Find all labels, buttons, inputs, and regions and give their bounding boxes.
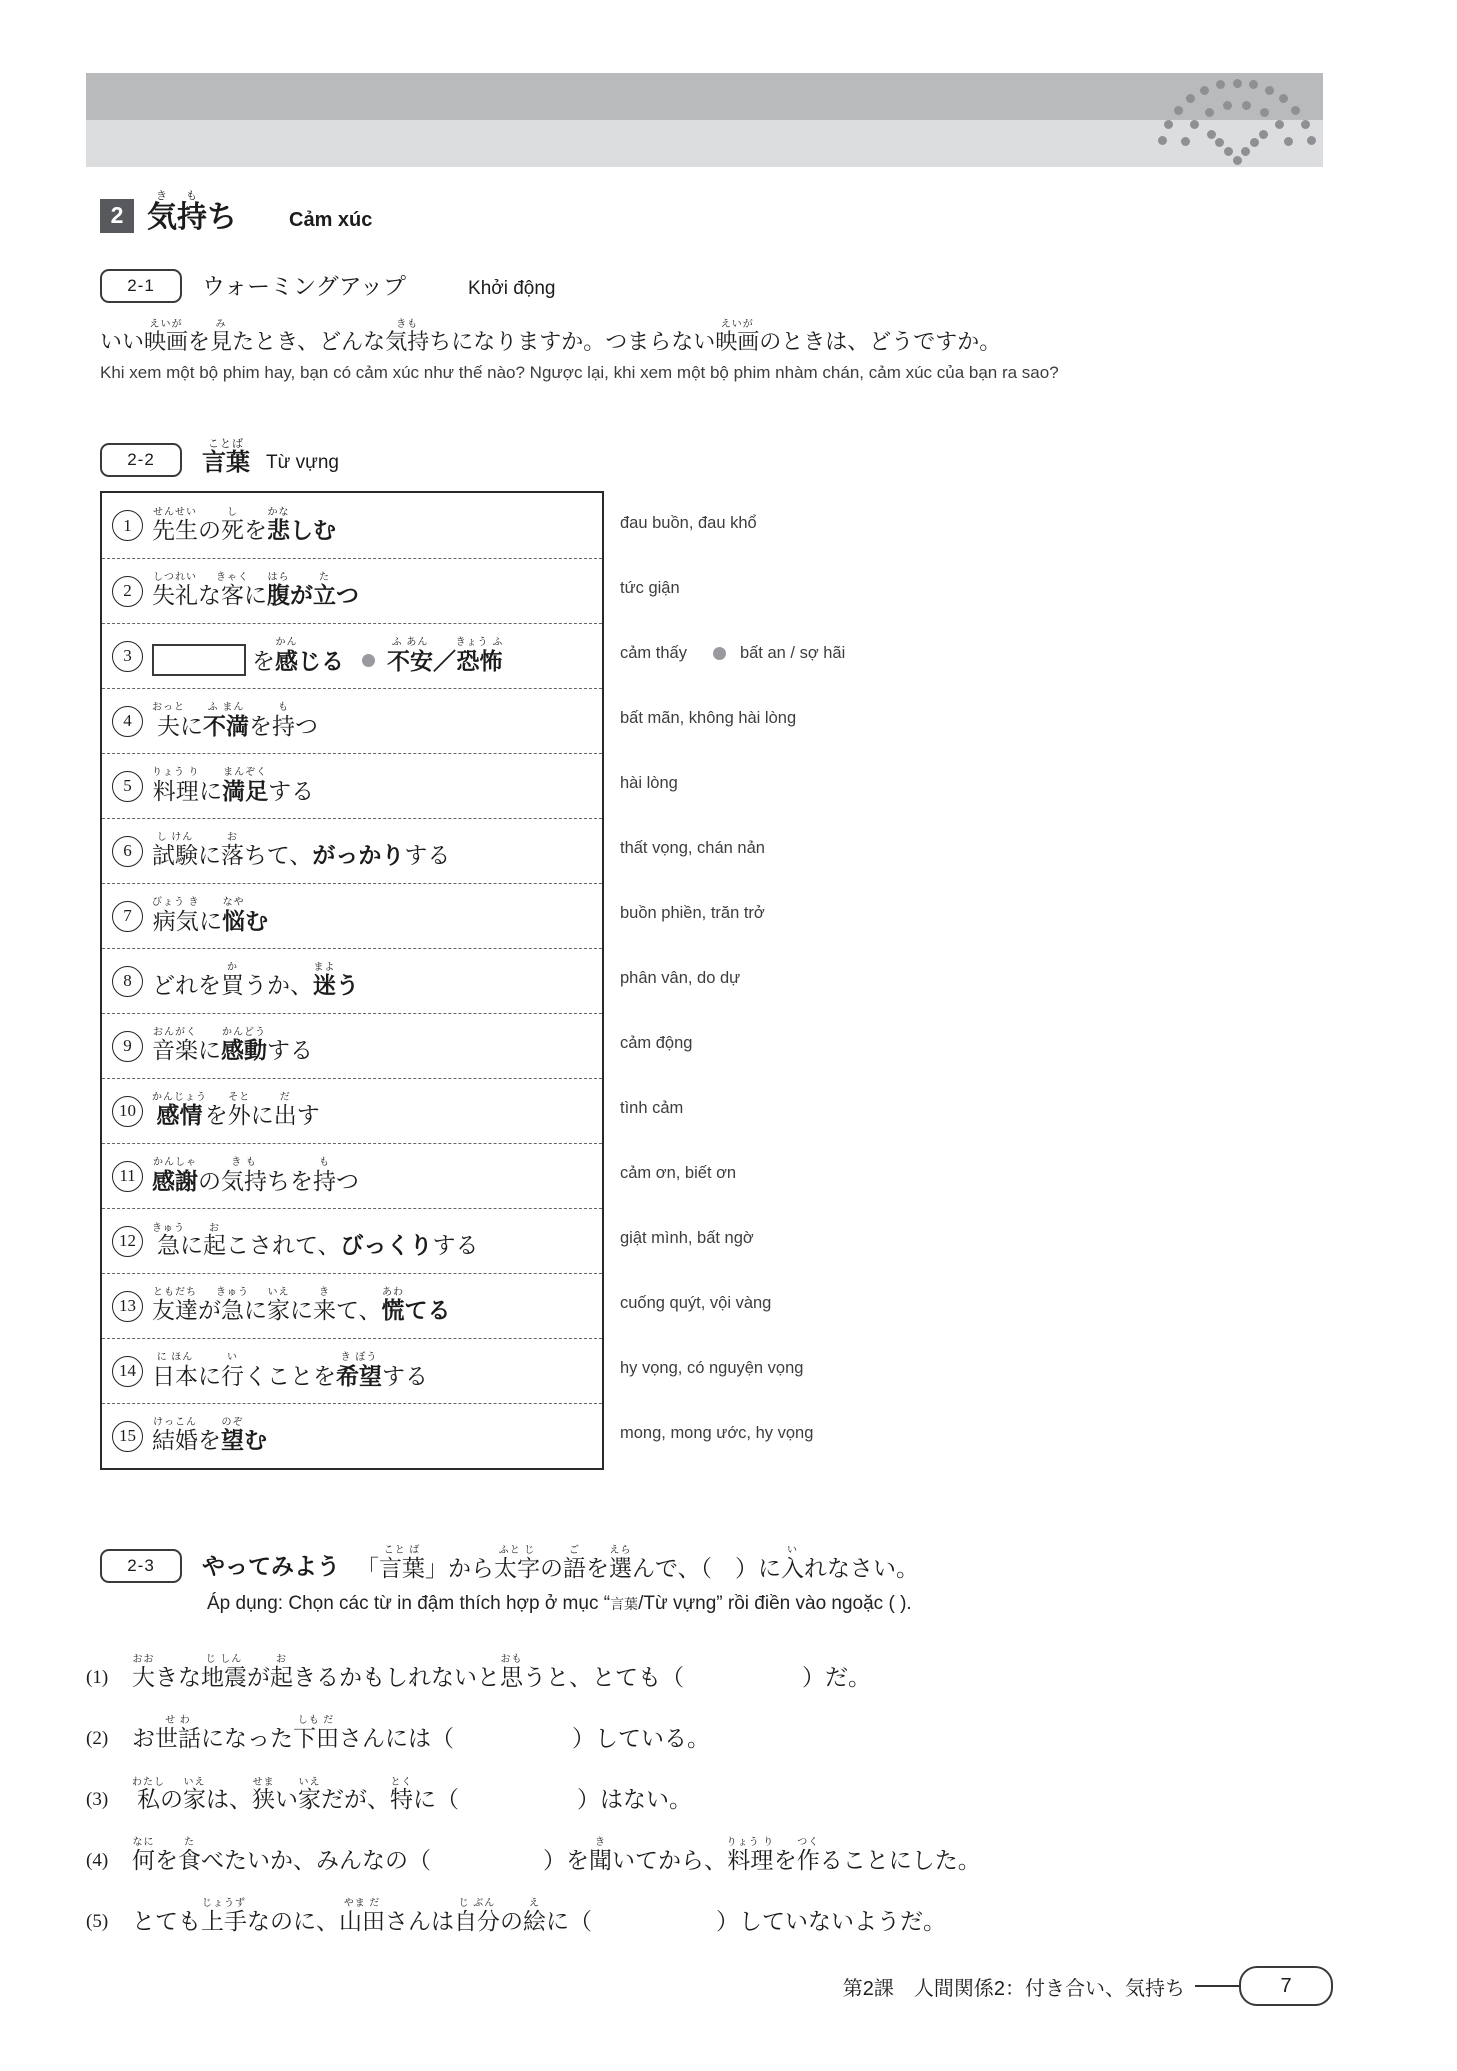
text-segment: が [247,1665,270,1690]
text-segment: に [180,714,203,739]
fan-dot-icon [1275,120,1284,129]
fan-dot-icon [1186,94,1195,103]
header-band [86,73,1323,167]
text-segment: を [252,649,275,674]
footer-chapter-text: 第2課 人間関係2：付き合い、気持ち [843,1972,1185,2001]
ruby-text: 絵え [523,1909,546,1934]
footer-connector-line [1195,1985,1239,1987]
fan-dot-icon [1233,79,1242,88]
fan-dot-icon [1249,80,1258,89]
text-segment: に [290,1298,313,1323]
practice-heading: 2-3 やってみよう 「言葉こと ば」から太字ふと じの語ごを選えらんで、（ ）… [100,1545,1430,1583]
fan-dot-icon [1307,136,1316,145]
question-row: (2)お世話せ わになった下田しも ださんには（）している。 [86,1692,1430,1753]
text-segment: する [433,1233,479,1258]
warmup-title: ウォーミングアップ [202,268,406,301]
text-segment: ）だ。 [802,1665,871,1690]
fan-dot-icon [1216,80,1225,89]
text-segment: の [198,1169,221,1194]
ruby-text: 落お [221,843,244,868]
vocab-row-text: 夫おっとに不満ふ まんを持もつ [152,702,318,741]
text-segment: む [244,1427,267,1453]
ruby-text: 感謝かんしゃ [152,1168,198,1194]
ruby-text: 不満ふ まん [203,713,249,739]
vocab-row: 15結婚けっこんを望のぞむ [102,1403,602,1468]
ruby-text: 下田しも だ [293,1726,339,1751]
ruby-text: 大おお [132,1665,155,1690]
fan-dot-icon [1158,136,1167,145]
vocab-row: 1先生せんせいの死しを悲かなしむ [102,493,602,558]
translation-text: giật mình, bất ngờ [620,1229,754,1248]
vocab-row: 6試験し けんに落おちて、がっかりする [102,818,602,883]
ruby-text: 悩なや [222,908,245,934]
ruby-text: 選えら [609,1556,632,1581]
ruby-text: 感情かんじょう [152,1102,205,1128]
vocabulary-title-vietnamese: Từ vựng [266,452,339,474]
vocab-row-text: 感情かんじょうを外そとに出だす [152,1092,320,1130]
vocab-row-text: 感謝かんしゃの気持き もちを持もつ [152,1157,359,1196]
question-text: とても上手じょうずなのに、山田やま ださんは自分じ ぶんの絵えに（）していないよ… [132,1898,946,1936]
vocab-row-translation: cảm ơn, biết ơn [620,1141,1180,1206]
ruby-text: 起お [203,1233,226,1258]
text-segment: たとき、どんな [232,329,385,354]
translation-text: thất vọng, chán nản [620,839,765,858]
text-segment: /Từ vựng” rồi điền vào ngoặc ( ). [638,1593,912,1614]
ruby-text: 急きゅう [221,1298,244,1323]
vocab-row-number: 15 [112,1421,143,1452]
fan-dot-icon [1265,86,1274,95]
warmup-japanese-paragraph: いい映画えいがを見みたとき、どんな気持きもちになりますか。つまらない映画えいがの… [100,319,1380,359]
vocab-row-translation: phân vân, do dự [620,946,1180,1011]
dots-fan-decoration-icon [86,73,1323,167]
ruby-text: 持も [177,201,207,234]
text-segment: を [586,1556,609,1581]
question-number: (4) [86,1850,132,1875]
text-segment: を [188,329,210,354]
vocab-row-number: 4 [112,706,143,737]
text-segment: つ [336,582,359,608]
vocab-row-number: 14 [112,1356,143,1387]
text-segment: きるかもしれないと [293,1665,500,1690]
practice-instruction: 「言葉こと ば」から太字ふと じの語ごを選えらんで、（ ）に入いれなさい。 [356,1545,919,1583]
text-segment: は、 [206,1787,252,1812]
vocab-row-translation: cảm thấybất an / sợ hãi [620,621,1180,686]
ruby-text: 外そと [228,1103,251,1128]
question-number: (1) [86,1667,132,1692]
vocab-row-number: 13 [112,1291,143,1322]
fan-dot-icon [1224,147,1233,156]
text-segment: ることにした。 [820,1848,981,1873]
vocab-row: 13友達ともだちが急きゅうに家いえに来きて、慌あわてる [102,1273,602,1338]
ruby-text: 自分じ ぶん [454,1909,500,1934]
question-row: (3)私わたしの家いえは、狭せまい家いえだが、特とくに（）はない。 [86,1753,1430,1814]
text-segment: を [244,518,267,543]
fan-dot-icon [1190,120,1199,129]
textbook-page: 2 気き持もち Cảm xúc 2-1 ウォーミングアップ Khởi động … [0,0,1457,2071]
text-segment: Áp dụng: Chọn các từ in đậm thích hợp ở … [207,1593,610,1614]
text-segment: しむ [290,517,336,543]
ruby-text: 言葉こと ば [379,1556,425,1581]
practice-tab-pill: 2-3 [100,1549,182,1583]
text-segment: む [245,908,268,934]
text-segment: ／ [433,648,456,674]
ruby-text: 特とく [390,1787,413,1812]
ruby-text: 語ご [563,1556,586,1581]
vocab-row-text: 病気びょう きに悩なやむ [152,897,268,936]
section-title-vietnamese: Cảm xúc [289,209,372,232]
vocab-row-number: 7 [112,901,143,932]
vocab-row-text: 試験し けんに落おちて、がっかりする [152,832,450,870]
text-segment: う [336,972,359,998]
fan-dot-icon [1174,106,1183,115]
ruby-text: 出だ [274,1103,297,1128]
translation-text: cảm thấy [620,644,687,663]
text-segment: する [382,1364,428,1389]
text-segment: ）している。 [572,1726,710,1751]
section-header: 2 気き持もち Cảm xúc [100,190,372,236]
fan-dot-icon [1259,130,1268,139]
warmup-tab-pill: 2-1 [100,269,182,303]
vocab-row-translation: thất vọng, chán nản [620,816,1180,881]
ruby-text: 来き [313,1298,336,1323]
fan-dot-icon [1205,108,1214,117]
vocab-row: 7病気びょう きに悩なやむ [102,883,602,948]
text-segment: いてから、 [612,1848,727,1873]
text-segment: じる [298,648,344,674]
translation-text: tức giận [620,579,680,598]
fan-dot-icon [1223,101,1232,110]
ruby-text: 家いえ [183,1787,206,1812]
vocab-row-number: 9 [112,1031,143,1062]
vocab-row-translation: tình cảm [620,1076,1180,1141]
vocabulary-table-wrap: 1先生せんせいの死しを悲かなしむ2失礼しつれいな客きゃくに腹はらが立たつ3を感か… [100,491,1420,1470]
translation-text: cảm động [620,1034,692,1053]
fan-dot-icon [1301,120,1310,129]
text-segment: がっかり [312,842,404,868]
vocab-row-text: 料理りょう りに満足まんぞくする [152,767,314,806]
ruby-text: 持も [313,1169,336,1194]
text-segment: れなさい。 [804,1556,919,1581]
vocab-row-text: 結婚けっこんを望のぞむ [152,1417,267,1455]
ruby-text: 希望き ぼう [336,1363,382,1389]
ruby-text: 試験し けん [152,843,198,868]
ruby-text: 何なに [132,1848,155,1873]
vocab-row-translation: hy vọng, có nguyện vọng [620,1336,1180,1401]
bullet-dot-icon [362,654,375,667]
text-segment: の [500,1909,523,1934]
text-segment: に [244,1298,267,1323]
vocab-row-number: 8 [112,966,143,997]
ruby-text: 見み [210,329,232,354]
translation-text: đau buồn, đau khổ [620,514,757,533]
text-segment: に [198,1038,221,1063]
ruby-text: 言葉ことば [202,449,250,476]
vocab-row: 11感謝かんしゃの気持き もちを持もつ [102,1143,602,1208]
vocab-row-text: 音楽おんがくに感動かんどうする [152,1027,313,1065]
ruby-text: 入い [781,1556,804,1581]
ruby-text: 狭せま [252,1787,275,1812]
vocab-row-translation: buồn phiền, trăn trở [620,881,1180,946]
text-segment: ちになりますか。つまらない [429,329,715,354]
ruby-text: 急きゅう [152,1233,180,1258]
blank-box [152,644,246,676]
vocab-row: 4夫おっとに不満ふ まんを持もつ [102,688,602,753]
text-segment: ちて、 [244,843,312,868]
fan-dot-icon [1164,120,1173,129]
translation-text: buồn phiền, trăn trở [620,904,765,923]
ruby-text: 料理りょう り [152,779,199,804]
text-segment: とても [132,1909,201,1934]
text-segment: つ [336,1169,359,1194]
text-segment: のときは、どうですか。 [759,329,1001,354]
translation-text: cảm ơn, biết ơn [620,1164,736,1183]
ruby-text: 慌あわ [382,1297,405,1323]
vocab-row-text: どれを買かうか、迷まよう [152,962,359,1000]
ruby-text: 気持き も [221,1169,267,1194]
text-segment: に（ [413,1787,459,1812]
text-segment: ）していないようだ。 [716,1909,946,1934]
ruby-text: 日本に ほん [152,1364,198,1389]
question-text: 何なにを食たべたいか、みんなの（）を聞きいてから、料理りょう りを作つくることに… [132,1837,981,1875]
fan-dot-icon [1260,108,1269,117]
vocab-row-text: を感かんじる不安ふ あん／恐怖きょう ふ [152,637,503,676]
question-number: (5) [86,1911,132,1936]
text-segment: を [205,1103,228,1128]
ruby-text: 思おも [500,1665,523,1690]
ruby-text: 気持きも [385,329,429,354]
warmup-section: 2-1 ウォーミングアップ Khởi động いい映画えいがを見みたとき、どん… [100,268,1380,383]
ruby-text: 起お [270,1665,293,1690]
ruby-text: 料理りょう り [727,1848,774,1873]
vocab-row-number: 1 [112,510,143,541]
text-segment: の [160,1787,183,1812]
ruby-text: 音楽おんがく [152,1038,198,1063]
text-segment: どれを [152,973,221,998]
fan-dot-icon [1215,138,1224,147]
question-row: (1)大おおきな地震じ しんが起おきるかもしれないと思おもうと、とても（）だ。 [86,1631,1430,1692]
vocab-row-translation: đau buồn, đau khổ [620,491,1180,556]
question-number: (3) [86,1789,132,1814]
translation-text: hy vọng, có nguyện vọng [620,1359,803,1378]
vocab-row-text: 日本に ほんに行いくことを希望き ぼうする [152,1352,428,1391]
text-segment: こされて、 [226,1233,341,1258]
question-text: お世話せ わになった下田しも ださんには（）している。 [132,1715,710,1753]
text-segment: うと、とても（ [523,1665,684,1690]
ruby-text: 家いえ [298,1787,321,1812]
translation-text: cuống quýt, vội vàng [620,1294,771,1313]
ruby-text: 地震じ しん [201,1665,247,1690]
vocab-row-number: 10 [112,1096,143,1127]
translation-text: mong, mong ước, hy vọng [620,1424,813,1443]
text-segment: に [244,583,267,608]
question-number: (2) [86,1728,132,1753]
ruby-text: 死し [221,518,244,543]
ruby-text: 満足まんぞく [222,778,268,804]
ruby-text: 買か [221,973,244,998]
ruby-text: 病気びょう き [152,909,199,934]
vocab-row: 3を感かんじる不安ふ あん／恐怖きょう ふ [102,623,602,688]
vocab-row-translation: cuống quýt, vội vàng [620,1271,1180,1336]
text-segment: の [198,518,221,543]
warmup-heading: 2-1 ウォーミングアップ Khởi động [100,268,1380,303]
ruby-text: 山田やま だ [339,1909,385,1934]
vocab-row-translation: mong, mong ước, hy vọng [620,1401,1180,1466]
ruby-text: 客きゃく [221,583,244,608]
ruby-text: 不安ふ あん [387,648,433,674]
ruby-text: 太字ふと じ [494,1556,540,1581]
practice-section: 2-3 やってみよう 「言葉こと ば」から太字ふと じの語ごを選えらんで、（ ）… [100,1545,1430,1936]
section-title: 気き持もち [147,190,237,236]
text-segment: さんは [385,1909,454,1934]
vocabulary-section: 2-2 言葉ことば Từ vựng 1先生せんせいの死しを悲かなしむ2失礼しつれ… [100,438,1420,1470]
ruby-text: 結婚けっこん [152,1428,198,1453]
ruby-text: 感動かんどう [221,1037,267,1063]
fan-dot-icon [1250,138,1259,147]
vocab-row-translation: giật mình, bất ngờ [620,1206,1180,1271]
text-segment: に [199,779,222,804]
vocab-row: 12急きゅうに起おこされて、びっくりする [102,1208,602,1273]
page-number-box: 7 [1239,1966,1333,2006]
bullet-dot-icon [713,647,726,660]
text-segment: に（ [546,1909,592,1934]
translation-text: phân vân, do dự [620,969,740,988]
vocab-row: 8どれを買かうか、迷まよう [102,948,602,1013]
page-footer: 第2課 人間関係2：付き合い、気持ち 7 [843,1966,1333,2006]
text-segment: くことを [244,1364,336,1389]
vocab-row-number: 5 [112,771,143,802]
text-segment: びっくり [341,1232,433,1258]
ruby-text: 持も [272,714,295,739]
text-segment: ）を [543,1848,589,1873]
vocab-row-translation: cảm động [620,1011,1180,1076]
ruby-text: 聞き [589,1848,612,1873]
fan-dot-icon [1207,130,1216,139]
warmup-title-vietnamese: Khởi động [468,278,555,300]
text-segment: する [268,779,314,804]
fan-dot-icon [1279,94,1288,103]
text-segment: 「 [356,1556,379,1581]
text-segment: ）はない。 [577,1787,692,1812]
fan-dot-icon [1181,137,1190,146]
ruby-text: 気き [147,201,177,234]
fan-dot-icon [1200,86,1209,95]
vocab-row-number: 6 [112,836,143,867]
ruby-text: 迷まよ [313,972,336,998]
text-segment: なのに、 [247,1909,339,1934]
text-segment: て、 [336,1298,382,1323]
fan-dot-icon [1291,106,1300,115]
vocabulary-translations-column: đau buồn, đau khổtức giậncảm thấybất an … [620,491,1180,1466]
vocab-row: 10感情かんじょうを外そとに出だす [102,1078,602,1143]
question-text: 私わたしの家いえは、狭せまい家いえだが、特とくに（）はない。 [132,1777,692,1814]
text-segment: てる [405,1297,451,1323]
text-segment: に [199,909,222,934]
vocab-row-text: 友達ともだちが急きゅうに家いえに来きて、慌あわてる [152,1287,451,1325]
vocab-row-number: 11 [112,1161,143,1192]
ruby-text: 立た [313,582,336,608]
text-segment: お [132,1726,155,1751]
practice-instruction-vietnamese: Áp dụng: Chọn các từ in đậm thích hợp ở … [207,1593,1430,1615]
ruby-text: 先生せんせい [152,518,198,543]
text-segment: に [198,843,221,868]
text-segment: いい [100,329,144,354]
ruby-text: 夫おっと [152,714,180,739]
vocab-row-text: 失礼しつれいな客きゃくに腹はらが立たつ [152,572,359,610]
warmup-vietnamese-paragraph: Khi xem một bộ phim hay, bạn có cảm xúc … [100,363,1380,383]
ruby-text: 家いえ [267,1298,290,1323]
fan-dot-icon [1284,137,1293,146]
ruby-text: 映画えいが [144,329,188,354]
vocab-row: 14日本に ほんに行いくことを希望き ぼうする [102,1338,602,1403]
ruby-text: 行い [221,1364,244,1389]
text-segment: を [198,1428,221,1453]
ruby-text: 映画えいが [715,329,759,354]
ruby-text: 腹はら [267,582,290,608]
practice-title: やってみよう [202,1548,340,1581]
vocab-row-translation: tức giận [620,556,1180,621]
text-segment: を [249,714,272,739]
vocab-row-translation: bất mãn, không hài lòng [620,686,1180,751]
question-row: (5)とても上手じょうずなのに、山田やま ださんは自分じ ぶんの絵えに（）してい… [86,1875,1430,1936]
vocab-row-number: 12 [112,1226,143,1257]
text-segment: 言葉 [610,1596,638,1612]
text-segment: が [290,582,313,608]
text-segment: に [251,1103,274,1128]
text-segment: 」から [425,1556,494,1581]
ruby-text: 恐怖きょう ふ [456,648,503,674]
vocab-row-number: 3 [112,641,143,672]
translation-text: hài lòng [620,774,678,793]
vocab-row: 2失礼しつれいな客きゃくに腹はらが立たつ [102,558,602,623]
fan-dot-icon [1233,156,1242,165]
text-segment: に [180,1233,203,1258]
vocab-row-number: 2 [112,576,143,607]
text-segment: うか、 [244,973,313,998]
question-row: (4)何なにを食たべたいか、みんなの（）を聞きいてから、料理りょう りを作つくる… [86,1814,1430,1875]
text-segment: つ [295,714,318,739]
text-segment: べたいか、みんなの（ [201,1848,431,1873]
ruby-text: 世話せ わ [155,1726,201,1751]
text-segment: を [774,1848,797,1873]
vocab-row-text: 急きゅうに起おこされて、びっくりする [152,1223,479,1260]
vocabulary-title: 言葉ことば [202,438,250,477]
text-segment: す [297,1103,320,1128]
ruby-text: 上手じょうず [201,1909,247,1934]
vocabulary-heading: 2-2 言葉ことば Từ vựng [100,438,1420,477]
text-segment: する [267,1038,313,1063]
translation-text: bất mãn, không hài lòng [620,709,796,728]
text-segment: だが、 [321,1787,390,1812]
fan-dot-icon [1241,147,1250,156]
ruby-text: 望のぞ [221,1427,244,1453]
text-segment: い [275,1787,298,1812]
section-number-badge: 2 [100,199,134,233]
text-segment: きな [155,1665,201,1690]
vocab-row-text: 先生せんせいの死しを悲かなしむ [152,507,336,545]
translation-text: tình cảm [620,1099,683,1118]
text-segment: に [198,1364,221,1389]
vocab-row: 9音楽おんがくに感動かんどうする [102,1013,602,1078]
ruby-text: 私わたし [132,1787,160,1812]
vocab-row-translation: hài lòng [620,751,1180,816]
vocabulary-tab-pill: 2-2 [100,443,182,477]
vocab-row: 5料理りょう りに満足まんぞくする [102,753,602,818]
vocabulary-table: 1先生せんせいの死しを悲かなしむ2失礼しつれいな客きゃくに腹はらが立たつ3を感か… [100,491,604,1470]
text-segment: さんには（ [339,1726,454,1751]
ruby-text: 友達ともだち [152,1298,198,1323]
text-segment: ち [207,201,237,234]
ruby-text: 失礼しつれい [152,583,198,608]
